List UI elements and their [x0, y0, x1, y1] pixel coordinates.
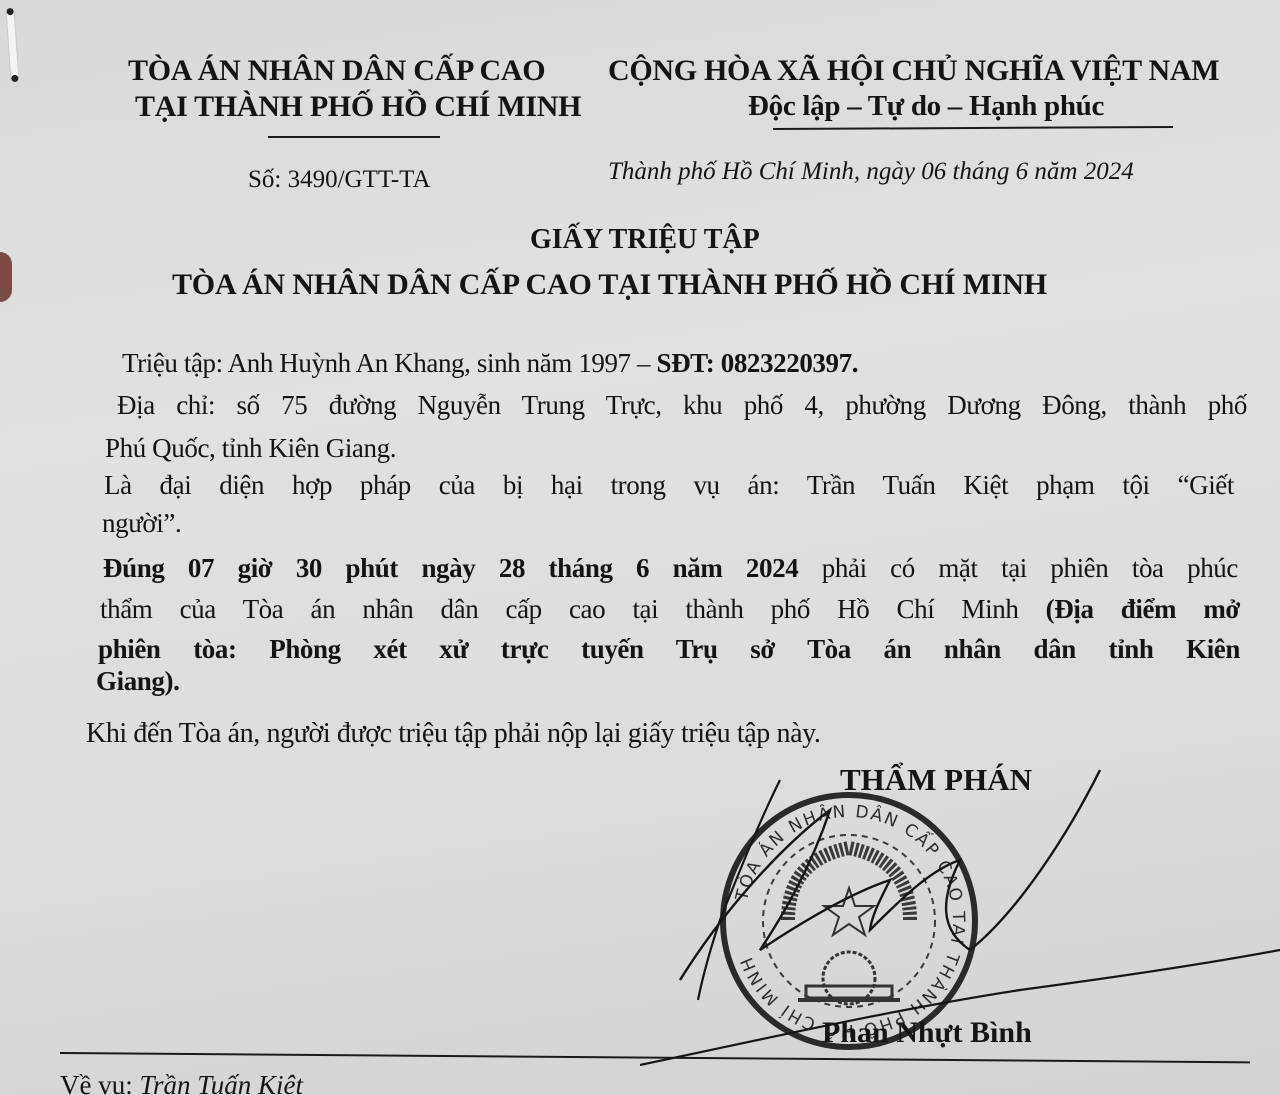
document-title: GIẤY TRIỆU TẬP — [530, 224, 760, 256]
motto-underline — [773, 126, 1173, 130]
court-name-line1: TÒA ÁN NHÂN DÂN CẤP CAO — [128, 54, 545, 88]
place-date: Thành phố Hồ Chí Minh, ngày 06 tháng 6 n… — [608, 158, 1134, 186]
national-title: CỘNG HÒA XÃ HỘI CHỦ NGHĨA VIỆT NAM — [608, 54, 1219, 88]
address-line2: Phú Quốc, tỉnh Kiên Giang. — [105, 433, 396, 464]
issuing-court: TÒA ÁN NHÂN DÂN CẤP CAO TẠI THÀNH PHỐ HỒ… — [172, 268, 1047, 302]
edge-object — [0, 252, 12, 302]
national-motto: Độc lập – Tự do – Hạnh phúc — [748, 90, 1104, 123]
case-name: Trần Tuấn Kiệt — [139, 1070, 303, 1095]
address-line1: Địa chỉ: số 75 đường Nguyễn Trung Trực, … — [117, 390, 1247, 421]
case-reference: Về vụ: Trần Tuấn Kiệt — [60, 1070, 303, 1095]
instruction-line: Khi đến Tòa án, người được triệu tập phả… — [86, 718, 821, 750]
summoned-person: Triệu tập: Anh Huỳnh An Khang, sinh năm … — [122, 348, 656, 378]
phone-number: SĐT: 0823220397. — [656, 348, 858, 378]
role-line1: Là đại diện hợp pháp của bị hại trong vụ… — [104, 470, 1234, 501]
role-line2: người”. — [102, 508, 181, 539]
staple-mark — [7, 10, 19, 80]
summons-line: Triệu tập: Anh Huỳnh An Khang, sinh năm … — [122, 348, 858, 379]
court-name-line2: TẠI THÀNH PHỐ HỒ CHÍ MINH — [135, 90, 581, 124]
hearing-datetime: Đúng 07 giờ 30 phút ngày 28 tháng 6 năm … — [103, 553, 798, 583]
hearing-time-line: Đúng 07 giờ 30 phút ngày 28 tháng 6 năm … — [103, 553, 1238, 584]
venue-line3: phiên tòa: Phòng xét xử trực tuyến Trụ s… — [98, 634, 1240, 665]
venue-line2: thẩm của Tòa án nhân dân cấp cao tại thà… — [100, 594, 1240, 625]
document-number: Số: 3490/GTT-TA — [248, 166, 431, 194]
court-name-underline — [268, 136, 440, 138]
signer-name: Phan Nhựt Bình — [822, 1016, 1032, 1050]
venue-line4: Giang). — [96, 666, 179, 697]
